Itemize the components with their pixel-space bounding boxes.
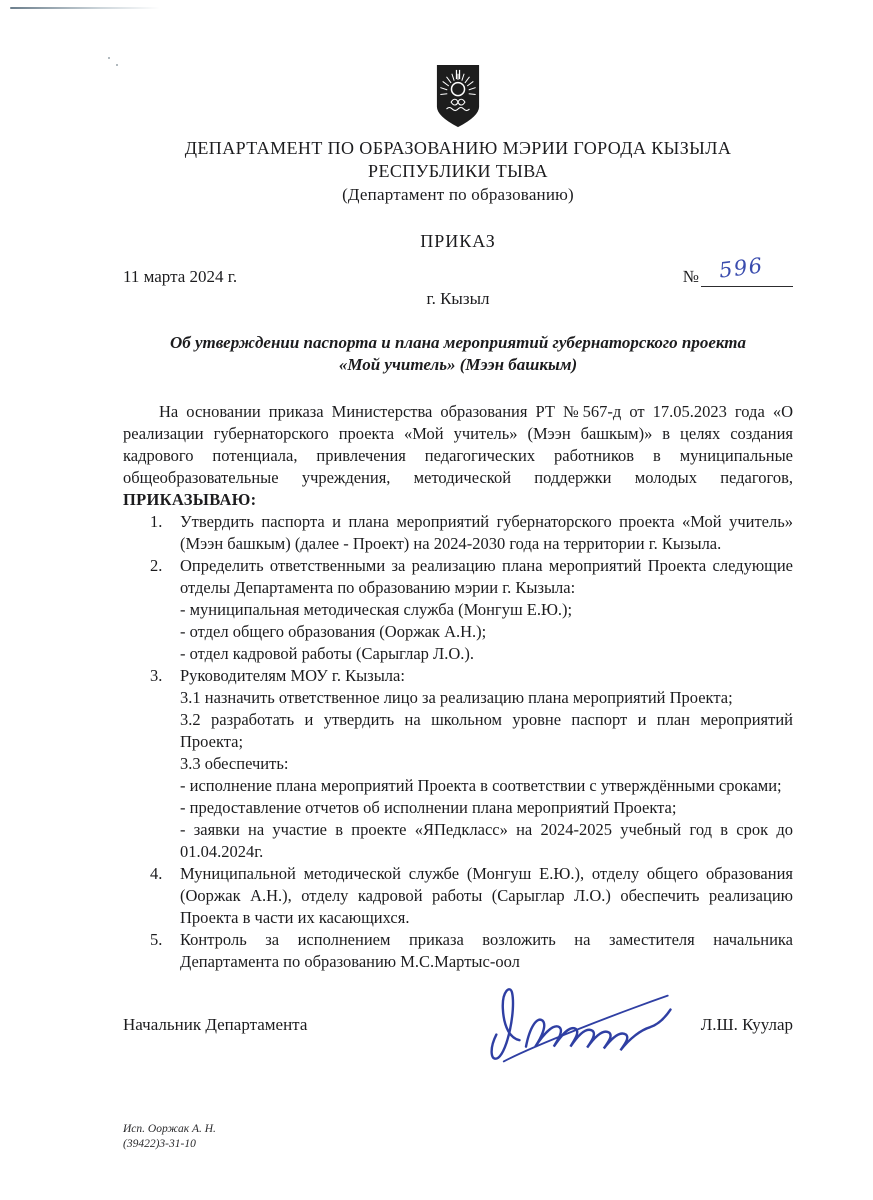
number-sign: № <box>683 267 701 287</box>
item-2-sub: - отдел общего образования (Ооржак А.Н.)… <box>123 621 793 643</box>
scan-speck <box>116 64 118 66</box>
document-date: 11 марта 2024 г. <box>123 267 237 287</box>
item-number: 2. <box>150 555 162 577</box>
item-2-sub: - отдел кадровой работы (Сарыглар Л.О.). <box>123 643 793 665</box>
list-item-3: 3. Руководителям МОУ г. Кызыла: <box>123 665 793 687</box>
org-name-line1: ДЕПАРТАМЕНТ ПО ОБРАЗОВАНИЮ МЭРИИ ГОРОДА … <box>123 137 793 160</box>
preamble: На основании приказа Министерства образо… <box>123 401 793 511</box>
order-list: 1. Утвердить паспорта и плана мероприяти… <box>123 511 793 973</box>
document-number: № 596 <box>683 266 793 287</box>
item-text: Руководителям МОУ г. Кызыла: <box>180 666 405 685</box>
item-3-sub: - предоставление отчетов об исполнении п… <box>123 797 793 819</box>
item-3-sub: 3.1 назначить ответственное лицо за реал… <box>123 687 793 709</box>
document-type-heading: ПРИКАЗ <box>123 231 793 251</box>
executor-note: Исп. Ооржак А. Н. (39422)3-31-10 <box>123 1122 216 1152</box>
item-text: Контроль за исполнением приказа возложит… <box>180 930 793 971</box>
org-name-short: (Департамент по образованию) <box>123 183 793 206</box>
preamble-text: На основании приказа Министерства образо… <box>123 402 793 487</box>
list-item-4: 4. Муниципальной методической службе (Мо… <box>123 863 793 929</box>
list-item-2: 2. Определить ответственными за реализац… <box>123 555 793 599</box>
order-title: Об утверждении паспорта и плана мероприя… <box>123 332 793 376</box>
item-3-sub: - заявки на участие в проекте «ЯПедкласс… <box>123 819 793 863</box>
prikazyvayu-word: ПРИКАЗЫВАЮ: <box>123 490 256 509</box>
executor-phone: (39422)3-31-10 <box>123 1137 216 1152</box>
item-number: 5. <box>150 929 162 951</box>
item-text: Утвердить паспорта и плана мероприятий г… <box>180 512 793 553</box>
order-title-line1: Об утверждении паспорта и плана мероприя… <box>123 332 793 354</box>
item-number: 3. <box>150 665 162 687</box>
number-blank-line: 596 <box>701 266 793 287</box>
signatory-name: Л.Ш. Куулар <box>701 1015 793 1035</box>
list-item-1: 1. Утвердить паспорта и плана мероприяти… <box>123 511 793 555</box>
signature-block: Начальник Департамента Л.Ш. Куулар <box>123 993 793 1057</box>
coat-of-arms-icon <box>123 0 793 130</box>
item-2-sub: - муниципальная методическая служба (Мон… <box>123 599 793 621</box>
list-item-5: 5. Контроль за исполнением приказа возло… <box>123 929 793 973</box>
scan-artifact-line <box>10 7 160 9</box>
org-name-line2: РЕСПУБЛИКИ ТЫВА <box>123 160 793 183</box>
handwritten-signature-icon <box>475 979 690 1067</box>
scanned-order-page: ДЕПАРТАМЕНТ ПО ОБРАЗОВАНИЮ МЭРИИ ГОРОДА … <box>0 0 873 1200</box>
item-3-sub: 3.2 разработать и утвердить на школьном … <box>123 709 793 753</box>
item-number: 4. <box>150 863 162 885</box>
scan-speck <box>108 57 110 59</box>
org-header: ДЕПАРТАМЕНТ ПО ОБРАЗОВАНИЮ МЭРИИ ГОРОДА … <box>123 137 793 206</box>
executor-name: Исп. Ооржак А. Н. <box>123 1122 216 1137</box>
item-3-sub: 3.3 обеспечить: <box>123 753 793 775</box>
item-number: 1. <box>150 511 162 533</box>
signatory-position: Начальник Департамента <box>123 1015 307 1035</box>
item-text: Определить ответственными за реализацию … <box>180 556 793 597</box>
item-text: Муниципальной методической службе (Монгу… <box>180 864 793 927</box>
order-title-line2: «Мой учитель» (Мээн башкым) <box>123 354 793 376</box>
date-number-row: 11 марта 2024 г. № 596 <box>123 257 793 287</box>
item-3-sub: - исполнение плана мероприятий Проекта в… <box>123 775 793 797</box>
handwritten-number: 596 <box>718 253 765 282</box>
document-city: г. Кызыл <box>123 289 793 309</box>
